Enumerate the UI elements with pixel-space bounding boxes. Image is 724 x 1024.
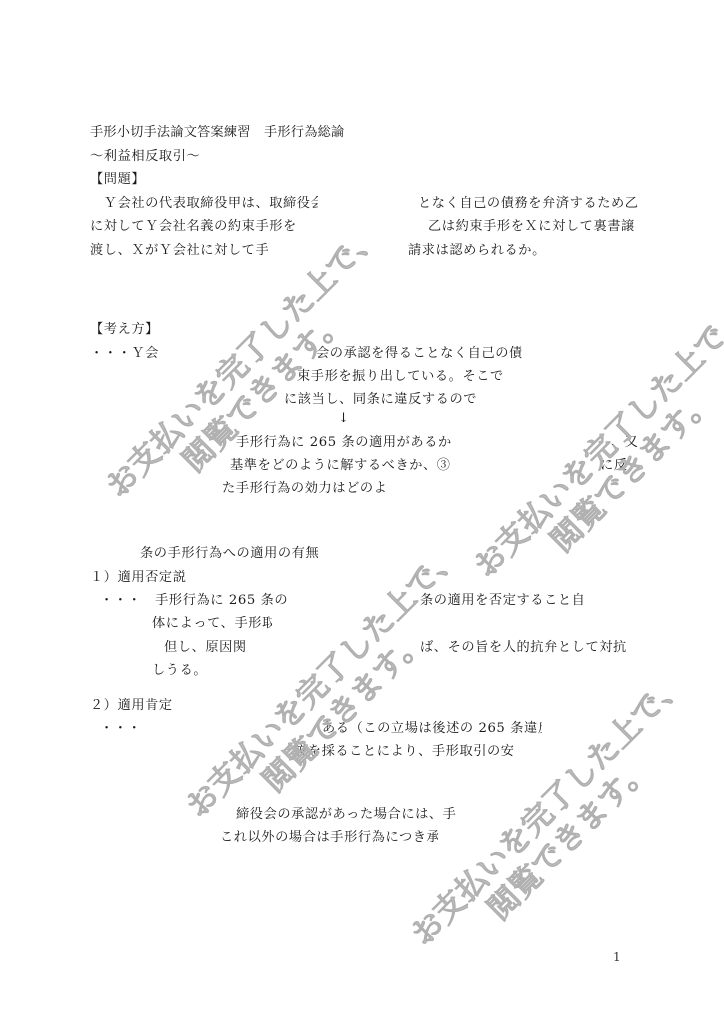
subsection-label: １）適用否定説	[90, 570, 187, 586]
subsection-line: ・・・ 手形行為に 265 条の	[100, 593, 288, 609]
subsection-line: ・・・	[100, 721, 141, 737]
subsection-line: 但し、原因関	[164, 640, 247, 656]
problem-line: 請求は認められるか。	[408, 243, 546, 259]
approach-line: ・・・Ｙ会	[90, 346, 159, 362]
problem-line: となく自己の債務を弁済するため乙	[418, 196, 639, 212]
document-page: 手形小切手法論文答案練習 手形行為総論 ～利益相反取引～ 【問題】 Ｙ会社の代表…	[0, 0, 724, 1024]
problem-heading: 【問題】	[90, 172, 145, 188]
approach-line: に該当し、同条に違反するので	[284, 392, 477, 408]
section-heading: 条の手形行為への適用の有無	[140, 546, 319, 562]
redaction-mask	[540, 343, 640, 363]
page-number: 1	[613, 950, 621, 964]
redaction-mask	[194, 695, 640, 715]
problem-line: 乙は約束手形をＸに対して裏書譲	[428, 219, 635, 235]
problem-line: に対してＹ会社名義の約束手形を	[90, 219, 297, 235]
subsection-line: 体によって、手形取	[152, 616, 276, 632]
problem-line: Ｙ会社の代表取締役甲は、取締役会	[90, 196, 324, 212]
approach-line: 束手形を振り出している。そこで	[297, 369, 504, 385]
subsection-line: ば、その旨を人的抗弁として対抗	[420, 640, 627, 656]
approach-line: 基準をどのように解するべきか、③	[230, 458, 451, 474]
problem-line: 渡し、ＸがＹ会社に対して手	[90, 243, 269, 259]
watermark: お支払いを完了した上で、 閲覧できます。	[180, 537, 493, 850]
approach-line: 手形行為に 265 条の適用があるか	[236, 435, 452, 451]
arrow-down-icon: ↓	[338, 411, 350, 427]
conclusion-line: これ以外の場合は手形行為につき承認	[220, 830, 454, 846]
subsection-label: ２）適用肯定	[90, 698, 173, 714]
redaction-mask	[318, 193, 416, 213]
subsection-line: しうる。	[152, 663, 207, 679]
document-subtitle: ～利益相反取引～	[90, 149, 200, 165]
approach-heading: 【考え方】	[90, 322, 159, 338]
document-title: 手形小切手法論文答案練習 手形行為総論	[90, 125, 344, 141]
approach-line: 会の承認を得ることなく自己の債	[316, 346, 523, 362]
